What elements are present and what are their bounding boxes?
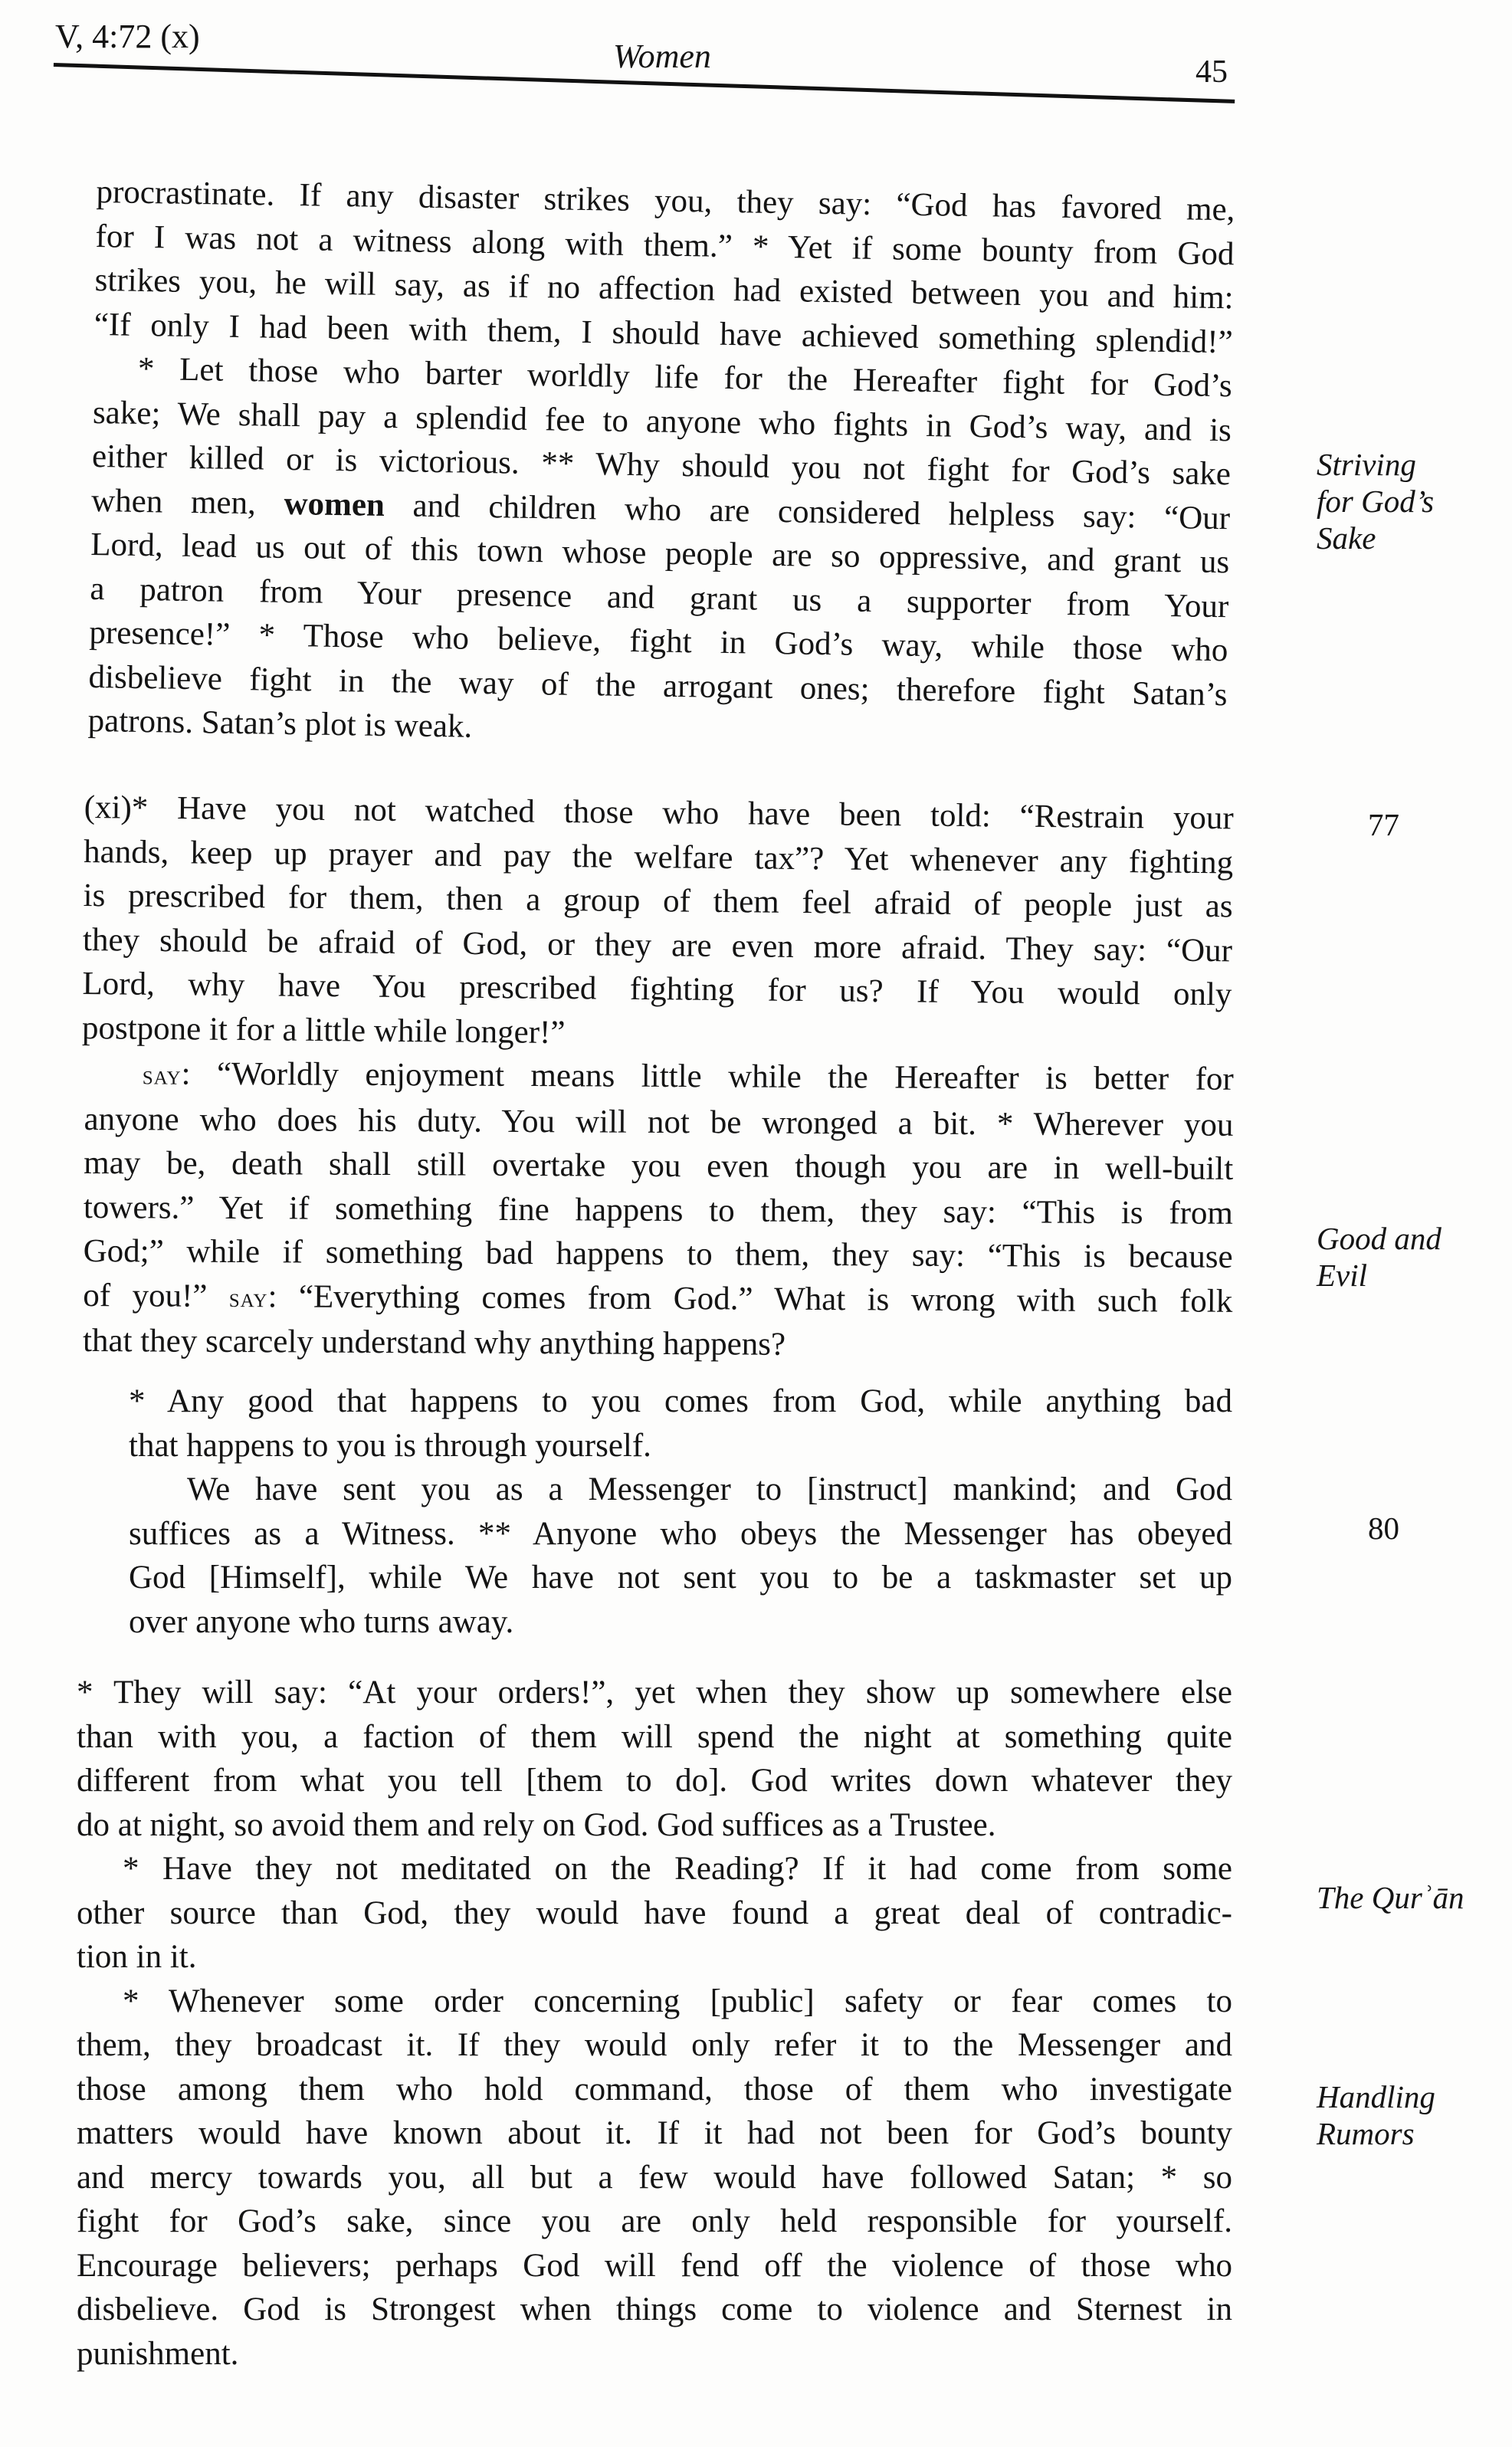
margin-note-line: Good and [1317,1220,1441,1257]
text-line: God;” while if something bad happens to … [83,1229,1232,1279]
text-line: Encourage believers; perhaps God will fe… [77,2244,1232,2288]
margin-note-line: Handling [1317,2078,1435,2115]
paragraph-at-your-orders: * They will say: “At your orders!”, yet … [77,1671,1232,2376]
text-line: different from what you tell [them to do… [77,1759,1232,1803]
say-label: say [229,1281,268,1312]
text-line: those among them who hold command, those… [77,2068,1232,2112]
text-fragment: of you!” [83,1277,207,1314]
text-line: punishment. [77,2332,1232,2376]
text-line: towers.” Yet if something fine happens t… [84,1185,1233,1235]
verse-number-80: 80 [1368,1510,1399,1547]
text-line: * They will say: “At your orders!”, yet … [77,1671,1232,1715]
text-line: them, they broadcast it. If they would o… [77,2023,1232,2068]
text-line: fight for God’s sake, since you are only… [77,2199,1232,2244]
text-line: We have sent you as a Messenger to [inst… [129,1468,1232,1512]
surah-title: Women [613,37,711,76]
margin-note-line: Rumors [1317,2115,1435,2152]
text-line: may be, death shall still overtake you e… [84,1141,1233,1191]
margin-note-striving: Striving for God’s Sake [1317,446,1434,556]
text-line: say: “Worldly enjoyment means little whi… [84,1051,1234,1103]
text-line: over anyone who turns away. [129,1600,1232,1645]
text-line: tion in it. [77,1935,1232,1980]
chapter-reference: V, 4:72 (x) [55,17,200,56]
text-line: disbelieve. God is Strongest when things… [77,2288,1232,2332]
text-line: * Have they not meditated on the Reading… [77,1847,1232,1891]
text-line: * Whenever some order concerning [public… [77,1980,1232,2024]
text-line: of you!” say: “Everything comes from God… [83,1273,1232,1324]
text-fragment: when men, [91,482,256,520]
paragraph-indented-block: * Any good that happens to you comes fro… [129,1379,1232,1644]
margin-note-line: for God’s [1317,483,1434,520]
text-fragment: : “Worldly enjoyment means little while … [181,1056,1234,1097]
margin-note-line: Evil [1317,1257,1441,1294]
highlighted-keyword: women [284,485,385,523]
text-line: do at night, so avoid them and rely on G… [77,1803,1232,1848]
text-line: anyone who does his duty. You will not b… [84,1097,1233,1146]
text-line: matters would have known about it. If it… [77,2111,1232,2156]
text-line: and mercy towards you, all but a few wou… [77,2156,1232,2200]
margin-note-good-evil: Good and Evil [1317,1220,1441,1294]
text-line: that happens to you is through yourself. [129,1424,1232,1468]
paragraph-striving: procrastinate. If any disaster strikes y… [87,170,1235,761]
margin-note-quran: The Qurʾān [1317,1879,1464,1916]
margin-note-line: Sake [1317,520,1434,556]
verse-number-77: 77 [1368,806,1399,843]
text-line: that they scarcely understand why anythi… [83,1319,1232,1369]
text-line: other source than God, they would have f… [77,1891,1232,1936]
text-fragment: : “Everything comes from God.” What is w… [267,1278,1232,1320]
say-label: say [143,1059,182,1090]
text-line: * Any good that happens to you comes fro… [129,1379,1232,1424]
page-number: 45 [1195,54,1228,90]
margin-note-rumors: Handling Rumors [1317,2078,1435,2152]
text-line: suffices as a Witness. ** Anyone who obe… [129,1512,1232,1556]
paragraph-say: say: “Worldly enjoyment means little whi… [83,1051,1234,1369]
text-line: God [Himself], while We have not sent yo… [129,1556,1232,1600]
text-line: than with you, a faction of them will sp… [77,1715,1232,1760]
paragraph-xi: (xi)* Have you not watched those who hav… [82,786,1234,1061]
margin-note-line: Striving [1317,446,1434,483]
